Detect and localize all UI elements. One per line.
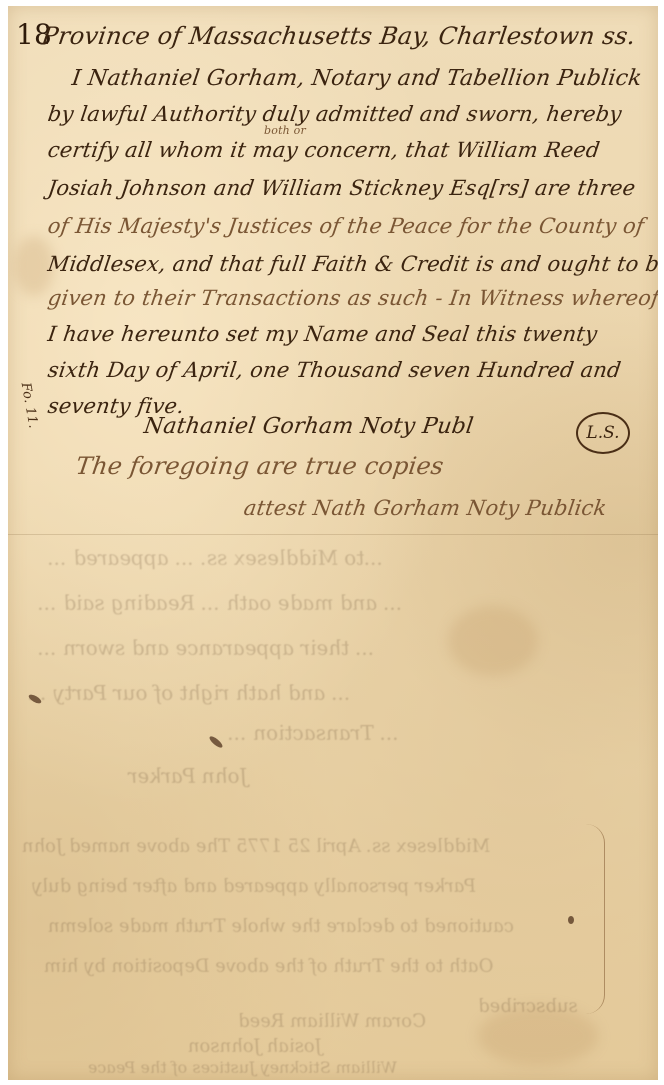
bleed-through-text: ... their appearance and sworn ... [36,636,376,660]
bleed-through-text: cautioned to declare the whole Truth mad… [47,916,516,937]
interlinear-insertion: both or [264,124,306,137]
seal-mark: L.S. [576,412,630,454]
paper-fold-line [8,534,658,535]
bleed-through-text: Josiah Johnson [187,1036,324,1057]
bleed-through-text: ...to Middlesex ss. ... appeared ... [46,546,385,570]
bleed-through-text: ... Transaction ... [226,721,401,745]
body-line-5: of His Majesty's Justices of the Peace f… [46,214,645,238]
document-heading: Province of Massachusetts Bay, Charlesto… [40,22,637,50]
bleed-through-bracket [586,824,605,1014]
bleed-through-text: Oath to the Truth of the above Depositio… [43,956,495,977]
manuscript-page: ...to Middlesex ss. ... appeared ... ...… [8,6,658,1080]
bleed-through-text: Middlesex ss. April 25 1775 The above na… [21,836,492,857]
water-stain [448,606,538,676]
body-line-8: I have hereunto set my Name and Seal thi… [46,322,599,346]
body-line-9: sixth Day of April, one Thousand seven H… [46,358,622,382]
attestation-line-2: attest Nath Gorham Noty Publick [242,496,608,520]
bleed-through-text: John Parker [126,764,249,788]
bleed-through-text: ... and made oath ... Reading said ... [36,591,404,615]
attestation-line-1: The foregoing are true copies [74,452,445,480]
body-line-2: by lawful Authority duly admitted and sw… [46,102,623,126]
ink-blot [208,735,224,750]
body-line-6: Middlesex, and that full Faith & Credit … [46,252,658,276]
body-line-3: certify all whom it may concern, that Wi… [46,138,601,162]
bleed-through-text: Coram William Reed [237,1011,428,1032]
bleed-through-text: ... and hath right of our Party ... [26,681,352,705]
bleed-through-text: William Stickney Justices of the Peace [87,1058,399,1077]
body-line-1: I Nathaniel Gorham, Notary and Tabellion… [70,66,643,91]
ink-blot [568,916,574,924]
body-line-4: Josiah Johnson and William Stickney Esq[… [46,176,637,200]
notary-signature: Nathaniel Gorham Noty Publ [142,414,475,439]
body-line-7: given to their Transactions as such - In… [46,286,658,310]
bleed-through-text: Parker personally appeared and after bei… [31,876,478,897]
margin-folio-note: Fo. 11. [18,381,41,429]
bleed-through-text: subscribed [477,996,580,1017]
